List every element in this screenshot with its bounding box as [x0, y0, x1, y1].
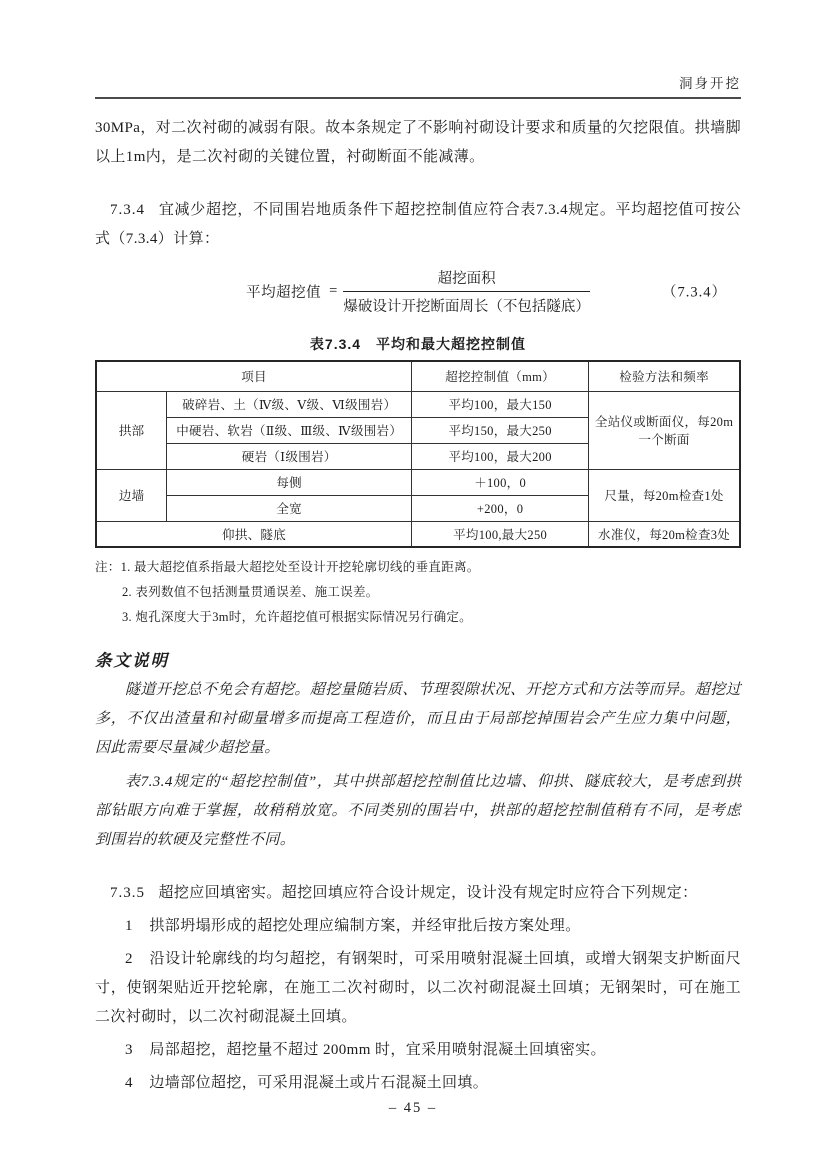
cell-value: +200，0 [412, 495, 589, 521]
overbreak-control-table: 项目 超挖控制值（mm） 检验方法和频率 拱部 破碎岩、土（Ⅳ级、Ⅴ级、Ⅵ级围岩… [95, 360, 741, 548]
note-item-1: 1. 最大超挖值系指最大超挖处至设计开挖轮廓切线的垂直距离。 [121, 560, 480, 574]
cell-item: 破碎岩、土（Ⅳ级、Ⅴ级、Ⅵ级围岩） [167, 391, 412, 417]
table-row: 拱部 破碎岩、土（Ⅳ级、Ⅴ级、Ⅵ级围岩） 平均100，最大150 全站仪或断面仪… [96, 391, 740, 417]
formula-numerator: 超挖面积 [343, 267, 590, 292]
note-line-1: 注：1. 最大超挖值系指最大超挖处至设计开挖轮廓切线的垂直距离。 [95, 555, 741, 580]
cell-item: 全宽 [167, 495, 412, 521]
list-item-4-number: 4 [125, 1075, 133, 1091]
page-content: 洞身开挖 30MPa，对二次衬砌的减弱有限。故本条规定了不影响衬砌设计要求和质量… [95, 0, 741, 1098]
equation-number: （7.3.4） [662, 281, 727, 302]
cell-value: 平均150，最大250 [412, 417, 589, 443]
note-line-2: 2. 表列数值不包括测量贯通误差、施工误差。 [122, 580, 741, 605]
paragraph-continuation: 30MPa，对二次衬砌的减弱有限。故本条规定了不影响衬砌设计要求和质量的欠挖限值… [95, 114, 741, 172]
formula-equals-sign: = [329, 283, 337, 300]
explanation-heading: 条文说明 [95, 647, 741, 671]
list-item-3: 3局部超挖，超挖量不超过 200mm 时，宜采用喷射混凝土回填密实。 [95, 1036, 741, 1065]
cell-value: 平均100,最大250 [412, 521, 589, 547]
list-item-4: 4边墙部位超挖，可采用混凝土或片石混凝土回填。 [95, 1069, 741, 1098]
col-header-value: 超挖控制值（mm） [412, 361, 589, 391]
list-item-1: 1拱部坍塌形成的超挖处理应编制方案，并经审批后按方案处理。 [95, 912, 741, 941]
cell-value: ＋100，0 [412, 469, 589, 495]
formula-denominator: 爆破设计开挖断面周长（不包括隧底） [343, 292, 590, 316]
list-item-3-text: 局部超挖，超挖量不超过 200mm 时，宜采用喷射混凝土回填密实。 [149, 1042, 606, 1058]
section-7-3-5-number: 7.3.5 [110, 885, 145, 901]
list-item-4-text: 边墙部位超挖，可采用混凝土或片石混凝土回填。 [149, 1075, 488, 1091]
explanation-paragraph-1: 隧道开挖总不免会有超挖。超挖量随岩质、节理裂隙状况、开挖方式和方法等而异。超挖过… [95, 676, 741, 763]
section-7-3-4-text: 宜减少超挖，不同围岩地质条件下超挖控制值应符合表7.3.4规定。平均超挖值可按公… [95, 202, 741, 247]
list-item-2: 2沿设计轮廓线的均匀超挖，有钢架时，可采用喷射混凝土回填，或增大钢架支护断面尺寸… [95, 945, 741, 1032]
cell-method-invert: 水准仪，每20m检查3处 [589, 521, 740, 547]
group-label-sidewall: 边墙 [96, 469, 167, 521]
cell-item: 每侧 [167, 469, 412, 495]
list-item-3-number: 3 [125, 1042, 133, 1058]
table-title: 表7.3.4 平均和最大超挖控制值 [95, 334, 741, 354]
table-header-row: 项目 超挖控制值（mm） 检验方法和频率 [96, 361, 740, 391]
section-7-3-5: 7.3.5超挖应回填密实。超挖回填应符合设计规定，设计没有规定时应符合下列规定： [95, 879, 741, 908]
list-item-1-number: 1 [125, 918, 133, 934]
list-item-2-text: 沿设计轮廓线的均匀超挖，有钢架时，可采用喷射混凝土回填，或增大钢架支护断面尺寸，… [95, 951, 741, 1025]
section-7-3-5-text: 超挖应回填密实。超挖回填应符合设计规定，设计没有规定时应符合下列规定： [159, 885, 698, 901]
formula-7-3-4: 平均超挖值 = 超挖面积 爆破设计开挖断面周长（不包括隧底） （7.3.4） [95, 262, 741, 320]
formula-lhs: 平均超挖值 [246, 281, 321, 302]
list-item-1-text: 拱部坍塌形成的超挖处理应编制方案，并经审批后按方案处理。 [149, 918, 580, 934]
cell-value: 平均100，最大150 [412, 391, 589, 417]
note-label: 注： [95, 560, 121, 574]
explanation-paragraph-2: 表7.3.4规定的“超挖控制值”，其中拱部超挖控制值比边墙、仰拱、隧底较大，是考… [95, 768, 741, 855]
col-header-method: 检验方法和频率 [589, 361, 740, 391]
table-row: 边墙 每侧 ＋100，0 尺量，每20m检查1处 [96, 469, 740, 495]
cell-method-sidewall: 尺量，每20m检查1处 [589, 469, 740, 521]
formula-fraction: 超挖面积 爆破设计开挖断面周长（不包括隧底） [343, 267, 590, 316]
table-notes: 注：1. 最大超挖值系指最大超挖处至设计开挖轮廓切线的垂直距离。 2. 表列数值… [95, 555, 741, 630]
document-page: 洞身开挖 30MPa，对二次衬砌的减弱有限。故本条规定了不影响衬砌设计要求和质量… [0, 0, 826, 1169]
section-7-3-4-number: 7.3.4 [110, 202, 145, 218]
section-7-3-4: 7.3.4宜减少超挖，不同围岩地质条件下超挖控制值应符合表7.3.4规定。平均超… [95, 196, 741, 254]
group-label-arch: 拱部 [96, 391, 167, 469]
running-head: 洞身开挖 [95, 0, 741, 99]
group-label-invert: 仰拱、隧底 [96, 521, 412, 547]
col-header-item: 项目 [96, 361, 412, 391]
table-row: 仰拱、隧底 平均100,最大250 水准仪，每20m检查3处 [96, 521, 740, 547]
running-head-title: 洞身开挖 [679, 76, 741, 91]
cell-method-arch: 全站仪或断面仪，每20m一个断面 [589, 391, 740, 469]
page-number: – 45 – [0, 1100, 826, 1117]
cell-item: 中硬岩、软岩（Ⅱ级、Ⅲ级、Ⅳ级围岩） [167, 417, 412, 443]
list-item-2-number: 2 [125, 951, 133, 967]
cell-value: 平均100，最大200 [412, 443, 589, 469]
cell-item: 硬岩（Ⅰ级围岩） [167, 443, 412, 469]
note-line-3: 3. 炮孔深度大于3m时，允许超挖值可根据实际情况另行确定。 [122, 605, 741, 630]
